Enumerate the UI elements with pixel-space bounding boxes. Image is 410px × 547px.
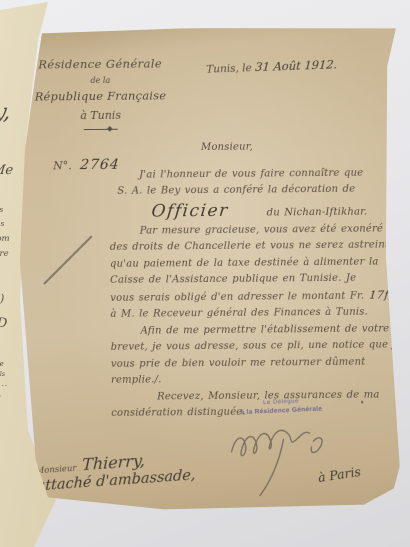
letterhead-rule-ornament: [84, 129, 118, 130]
decoration-grade-handwritten: Officier: [150, 199, 229, 223]
under-sheet-fragment: ~: [0, 392, 2, 402]
body-line: à M. le Receveur général des Finances à …: [110, 305, 366, 324]
dateline-printed: Tunis, le: [206, 62, 252, 76]
letterhead-line4: à Tunis: [33, 108, 169, 122]
ink-speck: [361, 401, 363, 404]
dateline: Tunis, le31 Août 1912.: [206, 57, 337, 75]
decoration-line: Officierdu Nichan-Iftikhar.: [93, 198, 365, 223]
body-line: Par mesure gracieuse, vous avez été exon…: [140, 221, 366, 239]
body-line: Caisse de l'Assistance publique en Tunis…: [110, 271, 366, 290]
body-line: vous prie de bien vouloir me retourner d…: [111, 354, 367, 373]
amount-line: vous serais obligé d'en adresser le mont…: [110, 287, 366, 307]
body-line: brevet, je vous adresse, sous ce pli, un…: [111, 338, 367, 357]
recipient-title-printed: Monsieur: [35, 464, 77, 477]
decoration-order-printed: du Nichan-Iftikhar.: [267, 206, 368, 218]
recipient-block: MonsieurThierry, attaché d'ambassade,: [35, 447, 196, 494]
under-sheet-fragment: Me: [0, 163, 14, 178]
signature: [221, 417, 362, 506]
body-line: des droits de Chancellerie et vous ne se…: [110, 238, 366, 257]
number-label: N°.: [53, 159, 72, 172]
pencil-slash-mark: [43, 235, 92, 284]
letterhead-line2: de la: [32, 75, 168, 85]
under-sheet-fragment: .....: [0, 380, 8, 388]
under-sheet-fragment: Nom: [0, 234, 10, 244]
amount-line-printed: vous serais obligé d'en adresser le mont…: [110, 290, 364, 303]
dateline-handwritten: 31 Août 1912.: [254, 57, 337, 74]
under-sheet-fragment: strals: [0, 371, 5, 378]
body-line: Afin de me permettre l'établissement de …: [140, 321, 366, 339]
under-sheet-fragment: ires: [0, 205, 3, 214]
body-line: S. A. le Bey vous a conféré la décoratio…: [117, 182, 365, 201]
under-sheet-fragment: me: [0, 360, 4, 368]
under-sheet-fragment: ): [0, 292, 4, 305]
letterhead-line1: Résidence Générale: [32, 56, 168, 71]
letter-body: Monsieur, J'ai l'honneur de vous faire c…: [93, 139, 367, 423]
letterhead: Résidence Générale de la République Fran…: [32, 56, 169, 130]
under-sheet-fragment: D: [0, 316, 7, 331]
under-sheet-fragment: tés: [0, 219, 4, 228]
letter-sheet: Résidence Générale de la République Fran…: [10, 26, 404, 511]
body-line: J'ai l'honneur de vous faire connaître q…: [139, 165, 365, 183]
under-sheet-fragment: otre: [0, 249, 9, 259]
under-sheet-fragment: y,: [0, 100, 12, 125]
amount-handwritten: 17f,20: [368, 287, 408, 304]
letterhead-line3: République Française: [32, 88, 168, 103]
salutation: Monsieur,: [201, 139, 365, 157]
photo-of-letter: y, Me ires tés Nom otre ) D me strals ..…: [0, 0, 410, 547]
